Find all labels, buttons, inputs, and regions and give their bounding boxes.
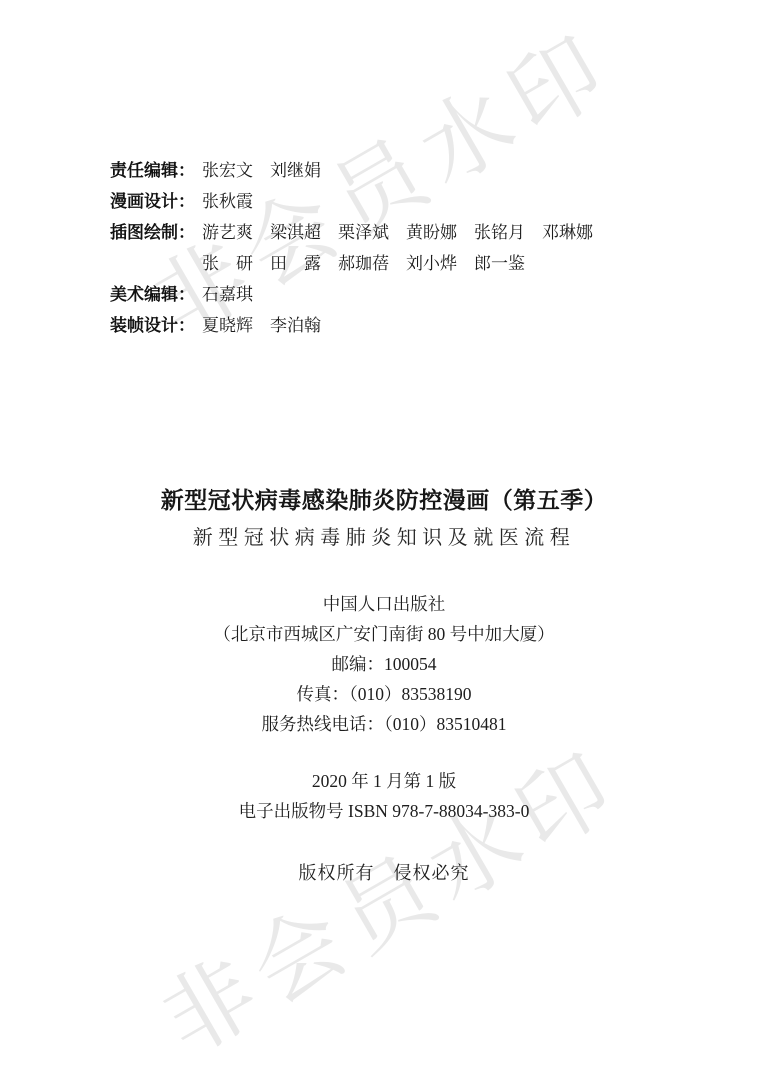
credit-row-art-editor: 美术编辑： 石嘉琪 <box>110 279 593 310</box>
edition-block: 2020 年 1 月第 1 版 电子出版物号 ISBN 978-7-88034-… <box>0 766 768 826</box>
credit-row-comic-design: 漫画设计： 张秋霞 <box>110 186 593 217</box>
title-block: 新型冠状病毒感染肺炎防控漫画（第五季） 新型冠状病毒肺炎知识及就医流程 <box>0 484 768 552</box>
publisher-address: （北京市西城区广安门南街 80 号中加大厦） <box>0 619 768 649</box>
credit-names-line-2: 张 研 田 露 郝珈蓓 刘小烨 郎一鉴 <box>202 248 593 279</box>
credit-names: 张秋霞 <box>202 186 253 217</box>
edition-date: 2020 年 1 月第 1 版 <box>0 766 768 796</box>
isbn-line: 电子出版物号 ISBN 978-7-88034-383-0 <box>0 796 768 826</box>
publisher-block: 中国人口出版社 （北京市西城区广安门南街 80 号中加大厦） 邮编：100054… <box>0 589 768 739</box>
publisher-postcode: 邮编：100054 <box>0 649 768 679</box>
book-subtitle: 新型冠状病毒肺炎知识及就医流程 <box>0 525 768 552</box>
book-title: 新型冠状病毒感染肺炎防控漫画（第五季） <box>0 484 768 517</box>
credit-label: 插图绘制： <box>110 217 195 248</box>
credit-names-line-1: 游艺爽 梁淇超 栗泽斌 黄盼娜 张铭月 邓琳娜 <box>202 217 593 248</box>
publisher-name: 中国人口出版社 <box>0 589 768 619</box>
copyright-notice: 版权所有 侵权必究 <box>0 858 768 888</box>
credit-names: 夏晓辉 李泊翰 <box>202 310 321 341</box>
credit-row-binding-design: 装帧设计： 夏晓辉 李泊翰 <box>110 310 593 341</box>
credit-label: 装帧设计： <box>110 310 195 341</box>
colophon-page: 非会员水印 非会员水印 责任编辑： 张宏文 刘继娟 漫画设计： 张秋霞 插图绘制… <box>0 0 768 1078</box>
credit-row-responsible-editor: 责任编辑： 张宏文 刘继娟 <box>110 155 593 186</box>
credits-block: 责任编辑： 张宏文 刘继娟 漫画设计： 张秋霞 插图绘制： 游艺爽 梁淇超 栗泽… <box>110 155 593 341</box>
publisher-fax: 传真：（010）83538190 <box>0 679 768 709</box>
credit-names: 石嘉琪 <box>202 279 253 310</box>
credit-names: 游艺爽 梁淇超 栗泽斌 黄盼娜 张铭月 邓琳娜 张 研 田 露 郝珈蓓 刘小烨 … <box>202 217 593 279</box>
publisher-hotline: 服务热线电话：（010）83510481 <box>0 709 768 739</box>
credit-label: 责任编辑： <box>110 155 195 186</box>
credit-names: 张宏文 刘继娟 <box>202 155 321 186</box>
credit-row-illustration: 插图绘制： 游艺爽 梁淇超 栗泽斌 黄盼娜 张铭月 邓琳娜 张 研 田 露 郝珈… <box>110 217 593 279</box>
credit-label: 美术编辑： <box>110 279 195 310</box>
credit-label: 漫画设计： <box>110 186 195 217</box>
